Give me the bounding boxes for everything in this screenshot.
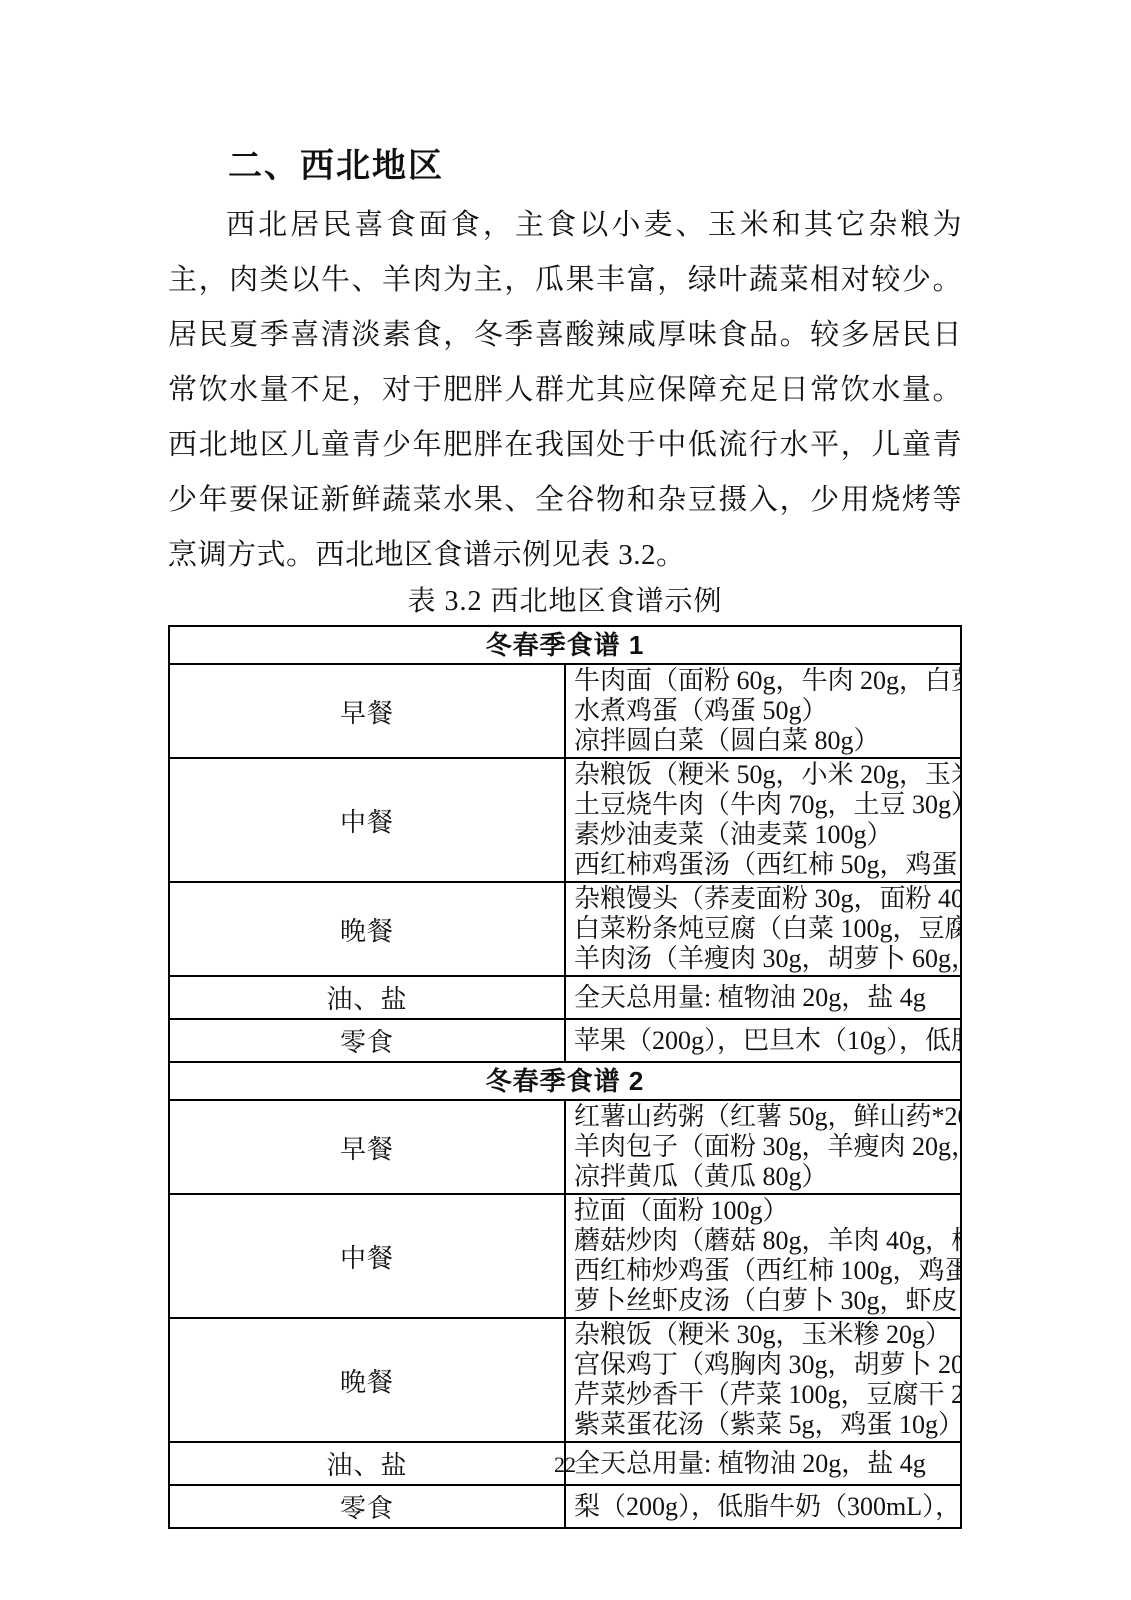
row-content: 苹果（200g），巴旦木（10g），低脂牛奶（300mL） [565,1019,961,1062]
dish-item: 土豆烧牛肉（牛肉 70g，土豆 30g） [574,790,956,820]
table-row: 零食 苹果（200g），巴旦木（10g），低脂牛奶（300mL） [169,1019,961,1062]
table-row: 中餐 拉面（面粉 100g） 蘑菇炒肉（蘑菇 80g，羊肉 40g，柿子椒 10… [169,1194,961,1318]
row-label: 油、盐 [169,976,565,1019]
row-label: 零食 [169,1019,565,1062]
dish-item: 杂粮馒头（荞麦面粉 30g，面粉 40g） [574,884,956,914]
dish-item: 西红柿炒鸡蛋（西红柿 100g，鸡蛋 40g） [574,1256,956,1286]
row-content: 红薯山药粥（红薯 50g，鲜山药*20g，粳米 30g） 羊肉包子（面粉 30g… [565,1100,961,1194]
dish-item: 素炒油麦菜（油麦菜 100g） [574,820,956,850]
dish-item: 拉面（面粉 100g） [574,1196,956,1226]
section-heading: 二、西北地区 [168,0,962,188]
row-label: 晚餐 [169,882,565,976]
table-row: 中餐 杂粮饭（粳米 50g，小米 20g，玉米糁 20g） 土豆烧牛肉（牛肉 7… [169,758,961,882]
dish-item: 宫保鸡丁（鸡胸肉 30g，胡萝卜 20g，黄瓜 20g，花生 5g） [574,1350,956,1380]
row-content: 杂粮饭（粳米 30g，玉米糁 20g） 宫保鸡丁（鸡胸肉 30g，胡萝卜 20g… [565,1318,961,1442]
dish-item: 苹果（200g），巴旦木（10g），低脂牛奶（300mL） [574,1026,956,1056]
row-content: 梨（200g），低脂牛奶（300mL），葵花子（10g） [565,1485,961,1528]
row-label: 中餐 [169,758,565,882]
row-content: 拉面（面粉 100g） 蘑菇炒肉（蘑菇 80g，羊肉 40g，柿子椒 10g） … [565,1194,961,1318]
recipe-section-header: 冬春季食谱 2 [169,1062,961,1100]
row-label: 晚餐 [169,1318,565,1442]
dish-item: 凉拌黄瓜（黄瓜 80g） [574,1162,956,1192]
dish-item: 梨（200g），低脂牛奶（300mL），葵花子（10g） [574,1492,956,1522]
dish-item: 牛肉面（面粉 60g，牛肉 20g，白萝卜 20g） [574,666,956,696]
table-row: 早餐 牛肉面（面粉 60g，牛肉 20g，白萝卜 20g） 水煮鸡蛋（鸡蛋 50… [169,664,961,758]
dish-item: 蘑菇炒肉（蘑菇 80g，羊肉 40g，柿子椒 10g） [574,1226,956,1256]
dish-item: 红薯山药粥（红薯 50g，鲜山药*20g，粳米 30g） [574,1102,956,1132]
row-label: 零食 [169,1485,565,1528]
row-content: 杂粮饭（粳米 50g，小米 20g，玉米糁 20g） 土豆烧牛肉（牛肉 70g，… [565,758,961,882]
dish-item: 凉拌圆白菜（圆白菜 80g） [574,726,956,756]
row-label: 早餐 [169,1100,565,1194]
dish-item: 西红柿鸡蛋汤（西红柿 50g，鸡蛋 10g） [574,850,956,880]
row-content: 杂粮馒头（荞麦面粉 30g，面粉 40g） 白菜粉条炖豆腐（白菜 100g，豆腐… [565,882,961,976]
table-row: 晚餐 杂粮馒头（荞麦面粉 30g，面粉 40g） 白菜粉条炖豆腐（白菜 100g… [169,882,961,976]
table-row: 零食 梨（200g），低脂牛奶（300mL），葵花子（10g） [169,1485,961,1528]
dish-item: 羊肉包子（面粉 30g，羊瘦肉 20g，洋葱 10g） [574,1132,956,1162]
dish-item: 萝卜丝虾皮汤（白萝卜 30g，虾皮 1g） [574,1286,956,1316]
table-row: 油、盐 全天总用量: 植物油 20g，盐 4g [169,976,961,1019]
recipe-section-header: 冬春季食谱 1 [169,626,961,664]
row-content: 牛肉面（面粉 60g，牛肉 20g，白萝卜 20g） 水煮鸡蛋（鸡蛋 50g） … [565,664,961,758]
row-label: 早餐 [169,664,565,758]
page-number: 22 [168,1452,962,1478]
table-row: 晚餐 杂粮饭（粳米 30g，玉米糁 20g） 宫保鸡丁（鸡胸肉 30g，胡萝卜 … [169,1318,961,1442]
recipe-table: 冬春季食谱 1 早餐 牛肉面（面粉 60g，牛肉 20g，白萝卜 20g） 水煮… [168,625,962,1529]
dish-item: 白菜粉条炖豆腐（白菜 100g，豆腐 40g，粉条 10g） [574,914,956,944]
table-row: 冬春季食谱 1 [169,626,961,664]
dish-item: 芹菜炒香干（芹菜 100g，豆腐干 20g） [574,1380,956,1410]
dish-item: 杂粮饭（粳米 50g，小米 20g，玉米糁 20g） [574,760,956,790]
table-row: 冬春季食谱 2 [169,1062,961,1100]
dish-item: 杂粮饭（粳米 30g，玉米糁 20g） [574,1320,956,1350]
row-label: 中餐 [169,1194,565,1318]
table-caption: 表 3.2 西北地区食谱示例 [168,585,962,619]
dish-item: 水煮鸡蛋（鸡蛋 50g） [574,696,956,726]
row-content: 全天总用量: 植物油 20g，盐 4g [565,976,961,1019]
dish-item: 羊肉汤（羊瘦肉 30g，胡萝卜 60g，小葱 5g） [574,944,956,974]
dish-item: 紫菜蛋花汤（紫菜 5g，鸡蛋 10g） [574,1410,956,1440]
body-paragraph: 西北居民喜食面食，主食以小麦、玉米和其它杂粮为主，肉类以牛、羊肉为主，瓜果丰富，… [168,198,962,583]
document-page: 二、西北地区 西北居民喜食面食，主食以小麦、玉米和其它杂粮为主，肉类以牛、羊肉为… [0,0,1131,1600]
dish-item: 全天总用量: 植物油 20g，盐 4g [574,983,956,1013]
content-column: 二、西北地区 西北居民喜食面食，主食以小麦、玉米和其它杂粮为主，肉类以牛、羊肉为… [168,0,962,1529]
table-row: 早餐 红薯山药粥（红薯 50g，鲜山药*20g，粳米 30g） 羊肉包子（面粉 … [169,1100,961,1194]
